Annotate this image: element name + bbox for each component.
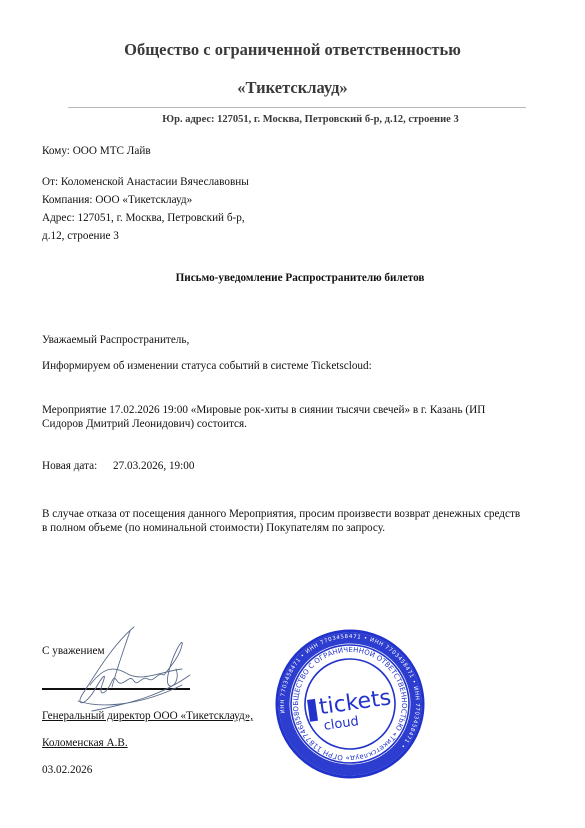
new-date-label: Новая дата: [42,460,97,472]
company-stamp: ИНН 7703458471 • ИНН 7703458471 • ИНН 77… [274,628,426,780]
signatory-name: Коломенская А.В. [42,737,128,749]
refund-text-line1: В случае отказа от посещения данного Мер… [42,508,520,520]
recipient: Кому: ООО МТС Лайв [42,145,151,157]
letter-date: 03.02.2026 [42,764,92,776]
tickets-cloud-logo: tickets cloud [307,685,395,735]
intro-text: Информируем об изменении статуса событий… [42,360,372,372]
refund-text-line2: в полном объеме (по номинальной стоимост… [42,522,385,534]
letterhead-company-type: Общество с ограниченной ответственностью [0,40,585,60]
sender-address-line2: д.12, строение 3 [42,230,119,242]
sender-company: Компания: ООО «Тикетсклауд» [42,194,192,206]
new-date-value: 27.03.2026, 19:00 [113,460,194,472]
letterhead-company-name: «Тикетсклауд» [0,78,585,98]
sender-address-line1: Адрес: 127051, г. Москва, Петровский б-р… [42,212,245,224]
letter-subject: Письмо-уведомление Распространителю биле… [0,272,585,284]
greeting: Уважаемый Распространитель, [42,334,189,346]
letterhead-divider [68,107,526,108]
event-text-line2: Сидоров Дмитрий Леонидович) состоится. [42,418,247,430]
handwritten-signature [72,625,202,715]
letterhead-address: Юр. адрес: 127051, г. Москва, Петровский… [0,114,585,125]
sender-name: От: Коломенской Анастасии Вячеславовны [42,176,249,188]
event-text-line1: Мероприятие 17.02.2026 19:00 «Мировые ро… [42,404,485,416]
signatory-position: Генеральный директор ООО «Тикетсклауд», [42,710,253,722]
